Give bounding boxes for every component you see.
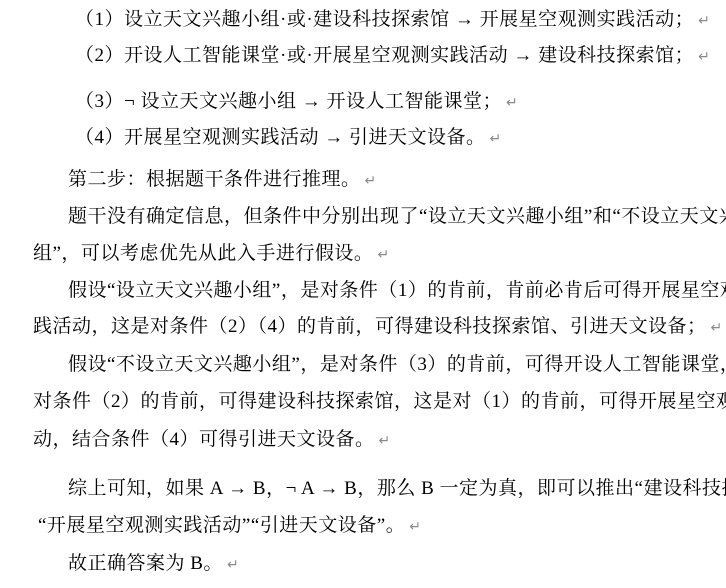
- paragraph-return-mark: ↵: [711, 320, 723, 336]
- line-text: 综上可知，如果 A → B，¬ A → B，那么 B 一定为真，即可以推出“建设…: [68, 478, 726, 499]
- line-text: 第二步：根据题干条件进行推理。: [68, 169, 361, 190]
- line-text: （4）开展星空观测实践活动 → 引进天文设备。: [75, 127, 486, 148]
- text-line: 组”，可以考虑优先从此入手进行假设。↵: [33, 243, 390, 266]
- text-line-condition-2: （2）开设人工智能课堂·或·开展星空观测实践活动 → 建设科技探索馆；↵: [75, 45, 710, 68]
- text-line: 践活动，这是对条件（2）（4）的肯前，可得建设科技探索馆、引进天文设备；↵: [33, 316, 723, 339]
- text-line: 动，结合条件（4）可得引进天文设备。↵: [33, 429, 391, 452]
- text-line: 假设“设立天文兴趣小组”，是对条件（1）的肯前，肯前必肯后可得开展星空观测实: [68, 280, 726, 303]
- line-text: 假设“不设立天文兴趣小组”，是对条件（3）的肯前，可得开设人工智能课堂，这是: [68, 354, 726, 375]
- line-text: 动，结合条件（4）可得引进天文设备。: [33, 429, 375, 450]
- text-line-answer: 故正确答案为 B。↵: [68, 553, 239, 576]
- line-text: 组”，可以考虑优先从此入手进行假设。: [33, 243, 373, 264]
- paragraph-return-mark: ↵: [506, 95, 518, 111]
- line-text: 对条件（2）的肯前，可得建设科技探索馆，这是对（1）的肯前，可得开展星空观测实践…: [33, 391, 726, 412]
- line-text: “开展星空观测实践活动”“引进天文设备”。: [38, 515, 405, 536]
- text-line: 题干没有确定信息，但条件中分别出现了“设立天文兴趣小组”和“不设立天文兴趣小: [68, 206, 726, 229]
- text-line: 假设“不设立天文兴趣小组”，是对条件（3）的肯前，可得开设人工智能课堂，这是: [68, 354, 726, 377]
- paragraph-return-mark: ↵: [227, 557, 239, 573]
- paragraph-return-mark: ↵: [698, 49, 710, 65]
- paragraph-return-mark: ↵: [409, 519, 421, 535]
- text-line-condition-3: （3）¬ 设立天文兴趣小组 → 开设人工智能课堂；↵: [75, 91, 518, 114]
- line-text: 故正确答案为 B。: [68, 553, 223, 574]
- text-line-conclusion: 综上可知，如果 A → B，¬ A → B，那么 B 一定为真，即可以推出“建设…: [68, 478, 726, 501]
- text-line: 对条件（2）的肯前，可得建设科技探索馆，这是对（1）的肯前，可得开展星空观测实践…: [33, 391, 726, 414]
- text-line-condition-4: （4）开展星空观测实践活动 → 引进天文设备。↵: [75, 127, 502, 150]
- line-text: （3）¬ 设立天文兴趣小组 → 开设人工智能课堂；: [75, 91, 502, 112]
- paragraph-return-mark: ↵: [698, 13, 710, 29]
- line-text: 践活动，这是对条件（2）（4）的肯前，可得建设科技探索馆、引进天文设备；: [33, 316, 707, 337]
- line-text: （2）开设人工智能课堂·或·开展星空观测实践活动 → 建设科技探索馆；: [75, 45, 694, 66]
- text-line-condition-1: （1）设立天文兴趣小组·或·建设科技探索馆 → 开展星空观测实践活动；↵: [75, 9, 710, 32]
- paragraph-return-mark: ↵: [379, 433, 391, 449]
- document-page: （1）设立天文兴趣小组·或·建设科技探索馆 → 开展星空观测实践活动；↵ （2）…: [0, 0, 726, 588]
- paragraph-return-mark: ↵: [377, 247, 389, 263]
- line-text: 题干没有确定信息，但条件中分别出现了“设立天文兴趣小组”和“不设立天文兴趣小: [68, 206, 726, 227]
- paragraph-return-mark: ↵: [365, 173, 377, 189]
- text-line-step2-heading: 第二步：根据题干条件进行推理。↵: [68, 169, 377, 192]
- paragraph-return-mark: ↵: [490, 131, 502, 147]
- line-text: 假设“设立天文兴趣小组”，是对条件（1）的肯前，肯前必肯后可得开展星空观测实: [68, 280, 726, 301]
- line-text: （1）设立天文兴趣小组·或·建设科技探索馆 → 开展星空观测实践活动；: [75, 9, 694, 30]
- text-line-conclusion: “开展星空观测实践活动”“引进天文设备”。↵: [38, 515, 421, 538]
